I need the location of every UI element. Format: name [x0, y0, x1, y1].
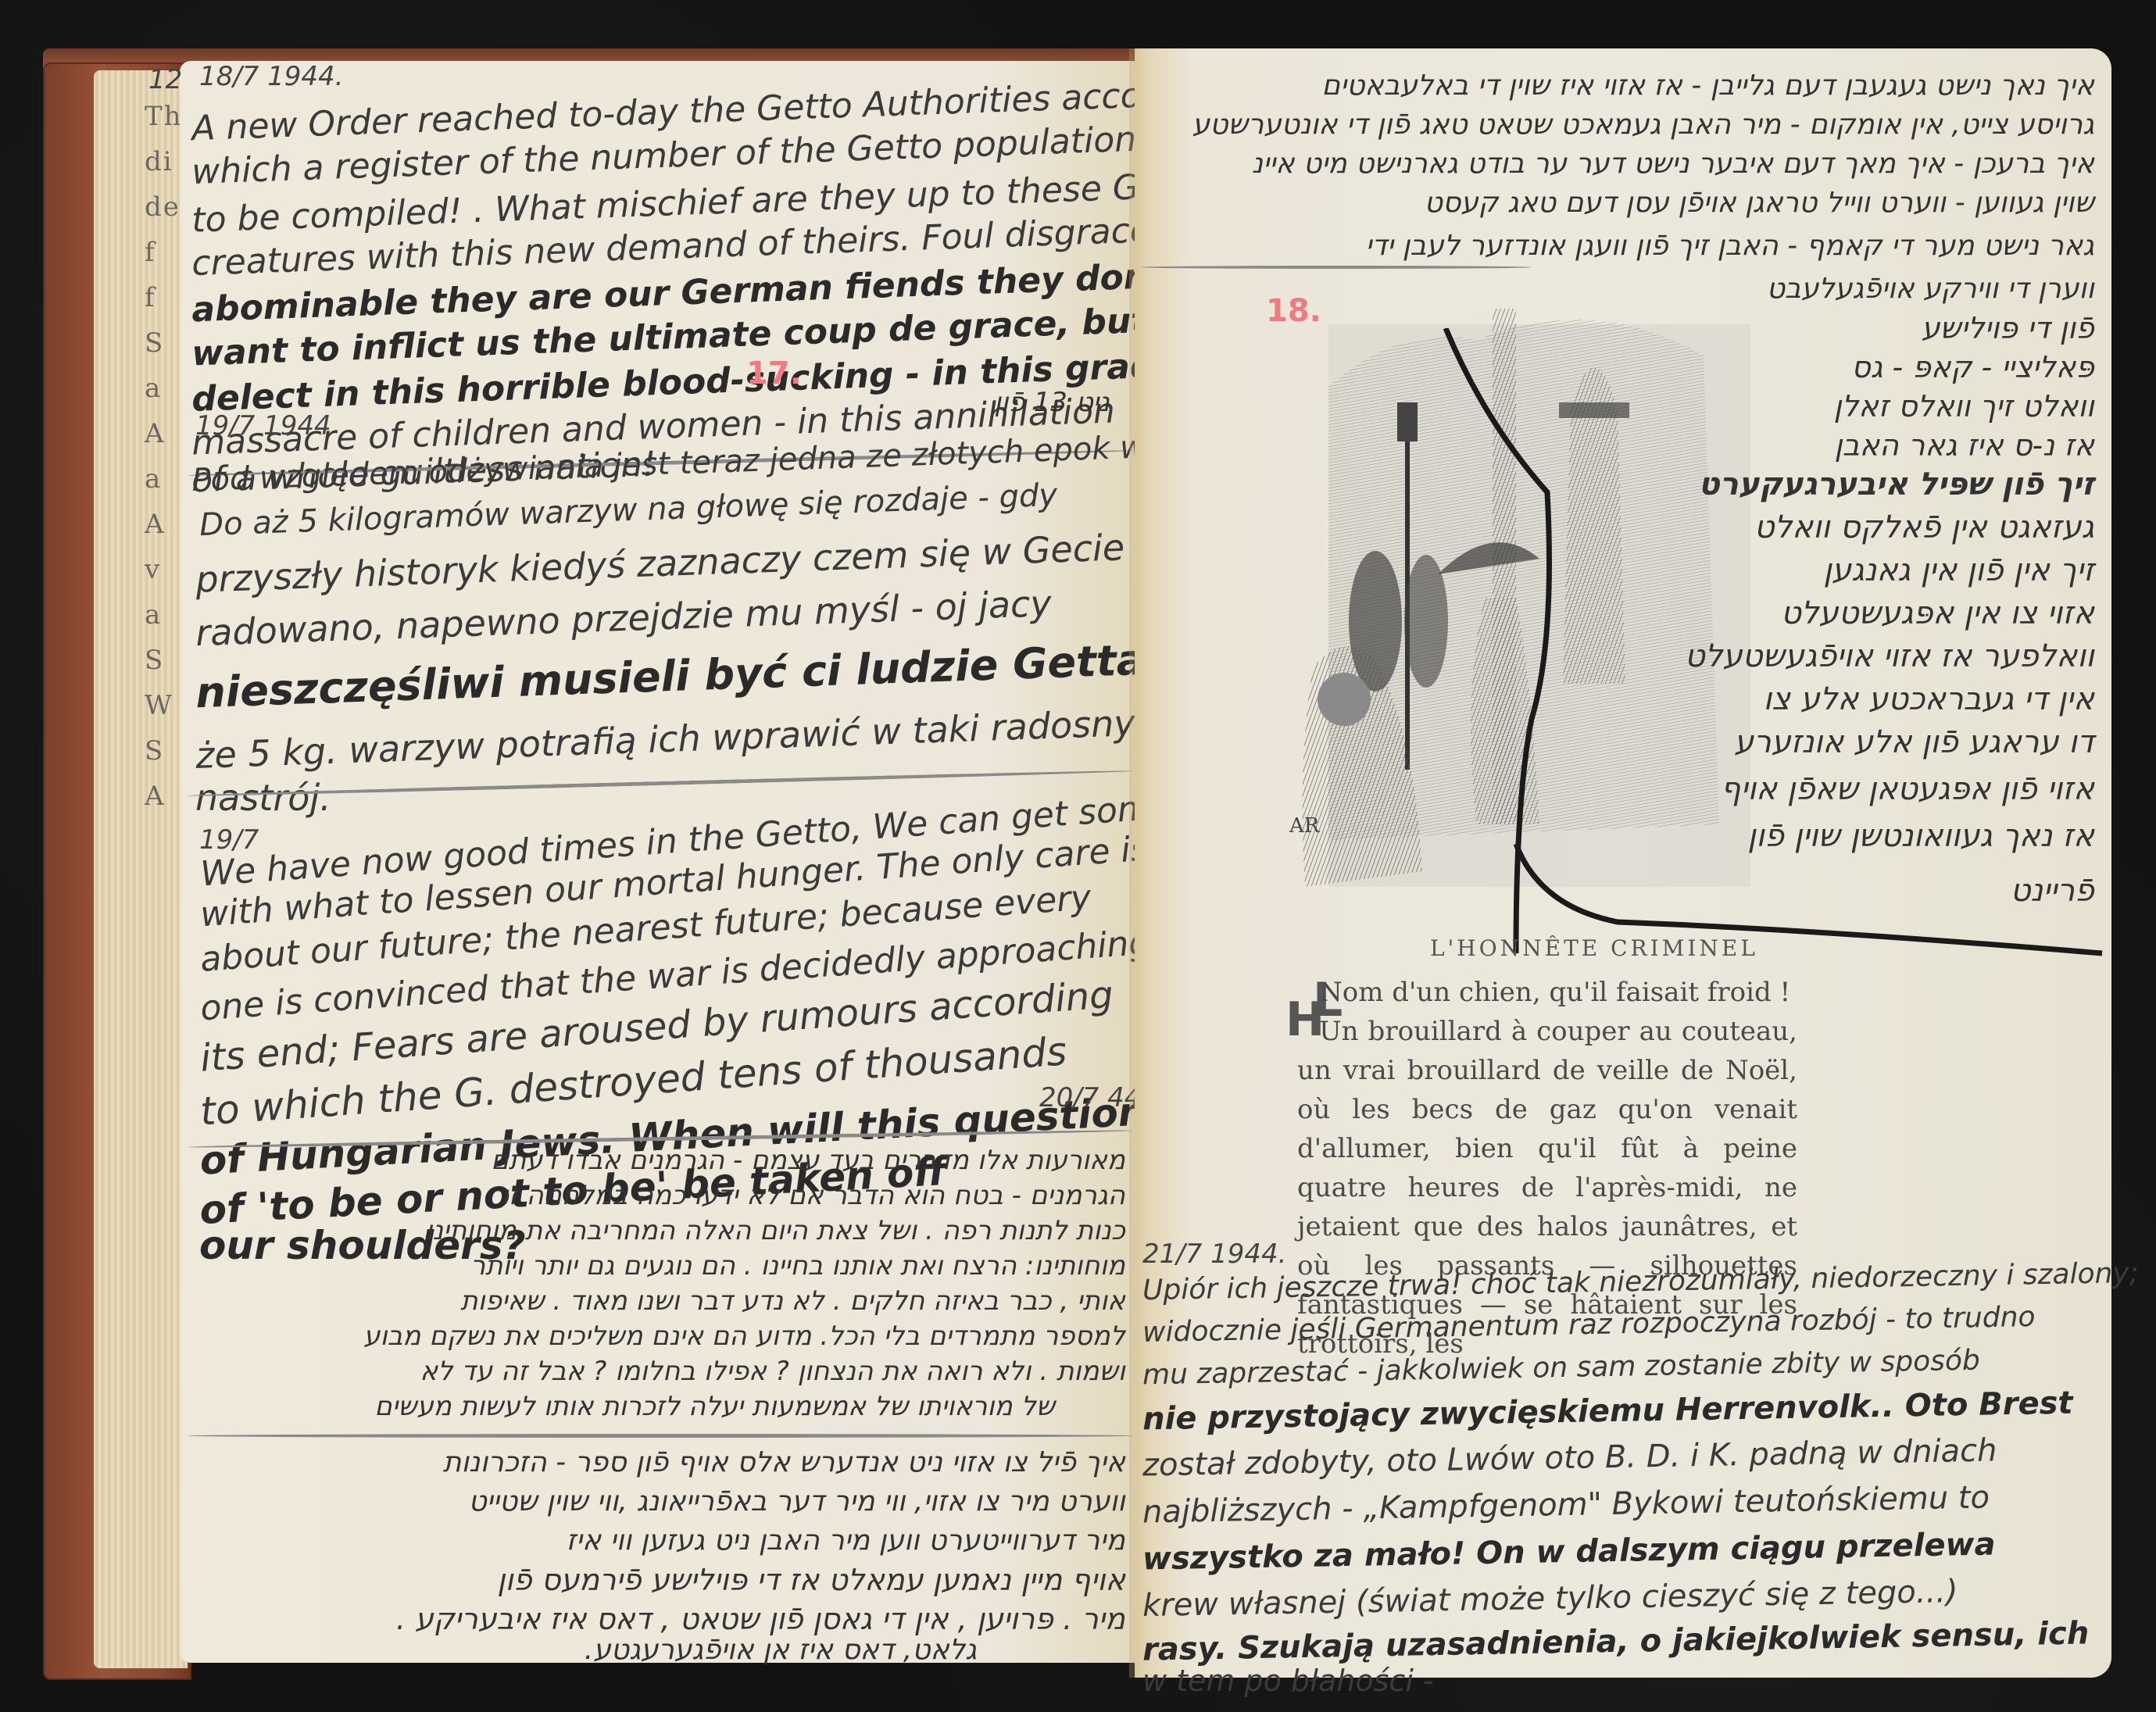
illustration-caption: L'HONNÊTE CRIMINEL — [1430, 935, 1758, 961]
entry-line: פֿריינט — [1797, 871, 2094, 910]
red-page-number: 17. — [746, 356, 802, 391]
entry-line: וואלפער אז אזוי אויפֿגעשטעלט — [1563, 637, 2094, 676]
entry-line: nastrój. — [195, 774, 331, 822]
entry-line: של מוראויתו של אמשמעות יעלה לזכרות אותו … — [195, 1387, 1055, 1426]
entry-date: 18/7 1944. — [199, 61, 344, 92]
entry-line: w tem po błahości - — [1142, 1657, 1434, 1705]
entry-line: גאר נישט מער די קאמף - האבן זיך פֿון ווע… — [1149, 227, 2094, 266]
entry-line: גרויסע צייט, אין אומקום - מיר האבן געמאכ… — [1149, 105, 2094, 145]
entry-line: זיך אין פֿון אין גאנגען — [1586, 551, 2094, 590]
entry-line: דו עראגע פֿון אלע אונזערע — [1547, 723, 2094, 762]
entry-line: אזוי פֿון אפּגעטאן שאפֿן אויף — [1547, 770, 2094, 809]
entry-line: פּאליציי - קאפּ - גס — [1719, 348, 2094, 387]
hebrew-note: ניט 13 פֿון — [938, 383, 1110, 422]
entry-line: מוחותינו: הרצח ואת אותנו בחיינו . הם נוג… — [195, 1246, 1125, 1285]
entry-line: כנות לתנות רפה . ושל צאת היום האלה המחרי… — [195, 1211, 1125, 1250]
entry-line: למספר מתמרדים בלי הכל. מדוע הם אינם משלי… — [195, 1317, 1125, 1356]
entry-line: אין די געבראכטע אלע צו — [1563, 680, 2094, 719]
pencil-divider — [188, 1434, 1133, 1438]
entry-line: אז נאך געוואונטשן שוין פֿון — [1563, 817, 2094, 856]
entry-line: פֿון די פּוילישע — [1719, 309, 2094, 348]
entry-line: ווערן די ווירקע אויפֿגעלעבט — [1719, 270, 2094, 309]
entry-line: הגרמנים - בטח הוא הדבר אם לא ידעו כמה במ… — [195, 1176, 1125, 1215]
entry-line: וואלט זיך וואלס זאלן — [1719, 387, 2094, 426]
entry-line: ושמות . ולא רואה את הנצחון ? אפילו בחלומ… — [195, 1352, 1125, 1391]
entry-line: זיך פֿון שפּיל איבערגעקערט — [1641, 465, 2094, 504]
entry-line: אותי , כבר באיזה חלקים . לא נדע דבר ושנו… — [195, 1281, 1125, 1321]
entry-line: אז נ-ס איז גאר האבן — [1680, 426, 2094, 465]
entry-line: איך נאך נישט געגעבן דעם גלייבן - אז אזוי… — [1149, 66, 2094, 105]
entry-line: ווערט מיר צו אזוי, ווי מיר דער באפֿרייאו… — [195, 1481, 1125, 1523]
entry-date: 19/7 1944 — [195, 410, 331, 441]
entry-line: איך פֿיל צו אזוי ניט אנדערש אלס אויף פֿו… — [195, 1442, 1125, 1484]
entry-line: מאורעות אלו מדברים בעד עצמם - הגרמנים אב… — [195, 1141, 1125, 1180]
entry-line: אויף מיין נאמען עמאלט אז די פּוילישע פֿי… — [195, 1559, 1125, 1601]
entry-date: 20/7 44 — [1039, 1082, 1141, 1113]
entry-line: געזאגט אין פֿאלקס וואלט — [1625, 508, 2094, 547]
pencil-divider — [1141, 266, 1532, 269]
entry-line: איך ברעכן - איך מאך דעם איבער נישט דער ע… — [1149, 145, 2094, 184]
french-paragraph: Nom d'un chien, qu'il faisait froid ! — [1297, 973, 1797, 1012]
stack-margin-letters: Th di de f f S a A a A v a S W S A — [145, 94, 184, 819]
entry-line: גלאט, דאס איז אן אויפֿגערעגטע. — [195, 1633, 977, 1667]
entry-line: אזוי צו אין אפּגעשטעלט — [1586, 594, 2094, 633]
stack-page-number: 12 — [148, 64, 182, 95]
entry-line: שוין געווען - ווערט ווייל טראגן אויפֿן ע… — [1149, 184, 2094, 223]
entry-line: מיר דערווייטערט ווען מיר האבן ניט געזען … — [195, 1520, 1125, 1562]
